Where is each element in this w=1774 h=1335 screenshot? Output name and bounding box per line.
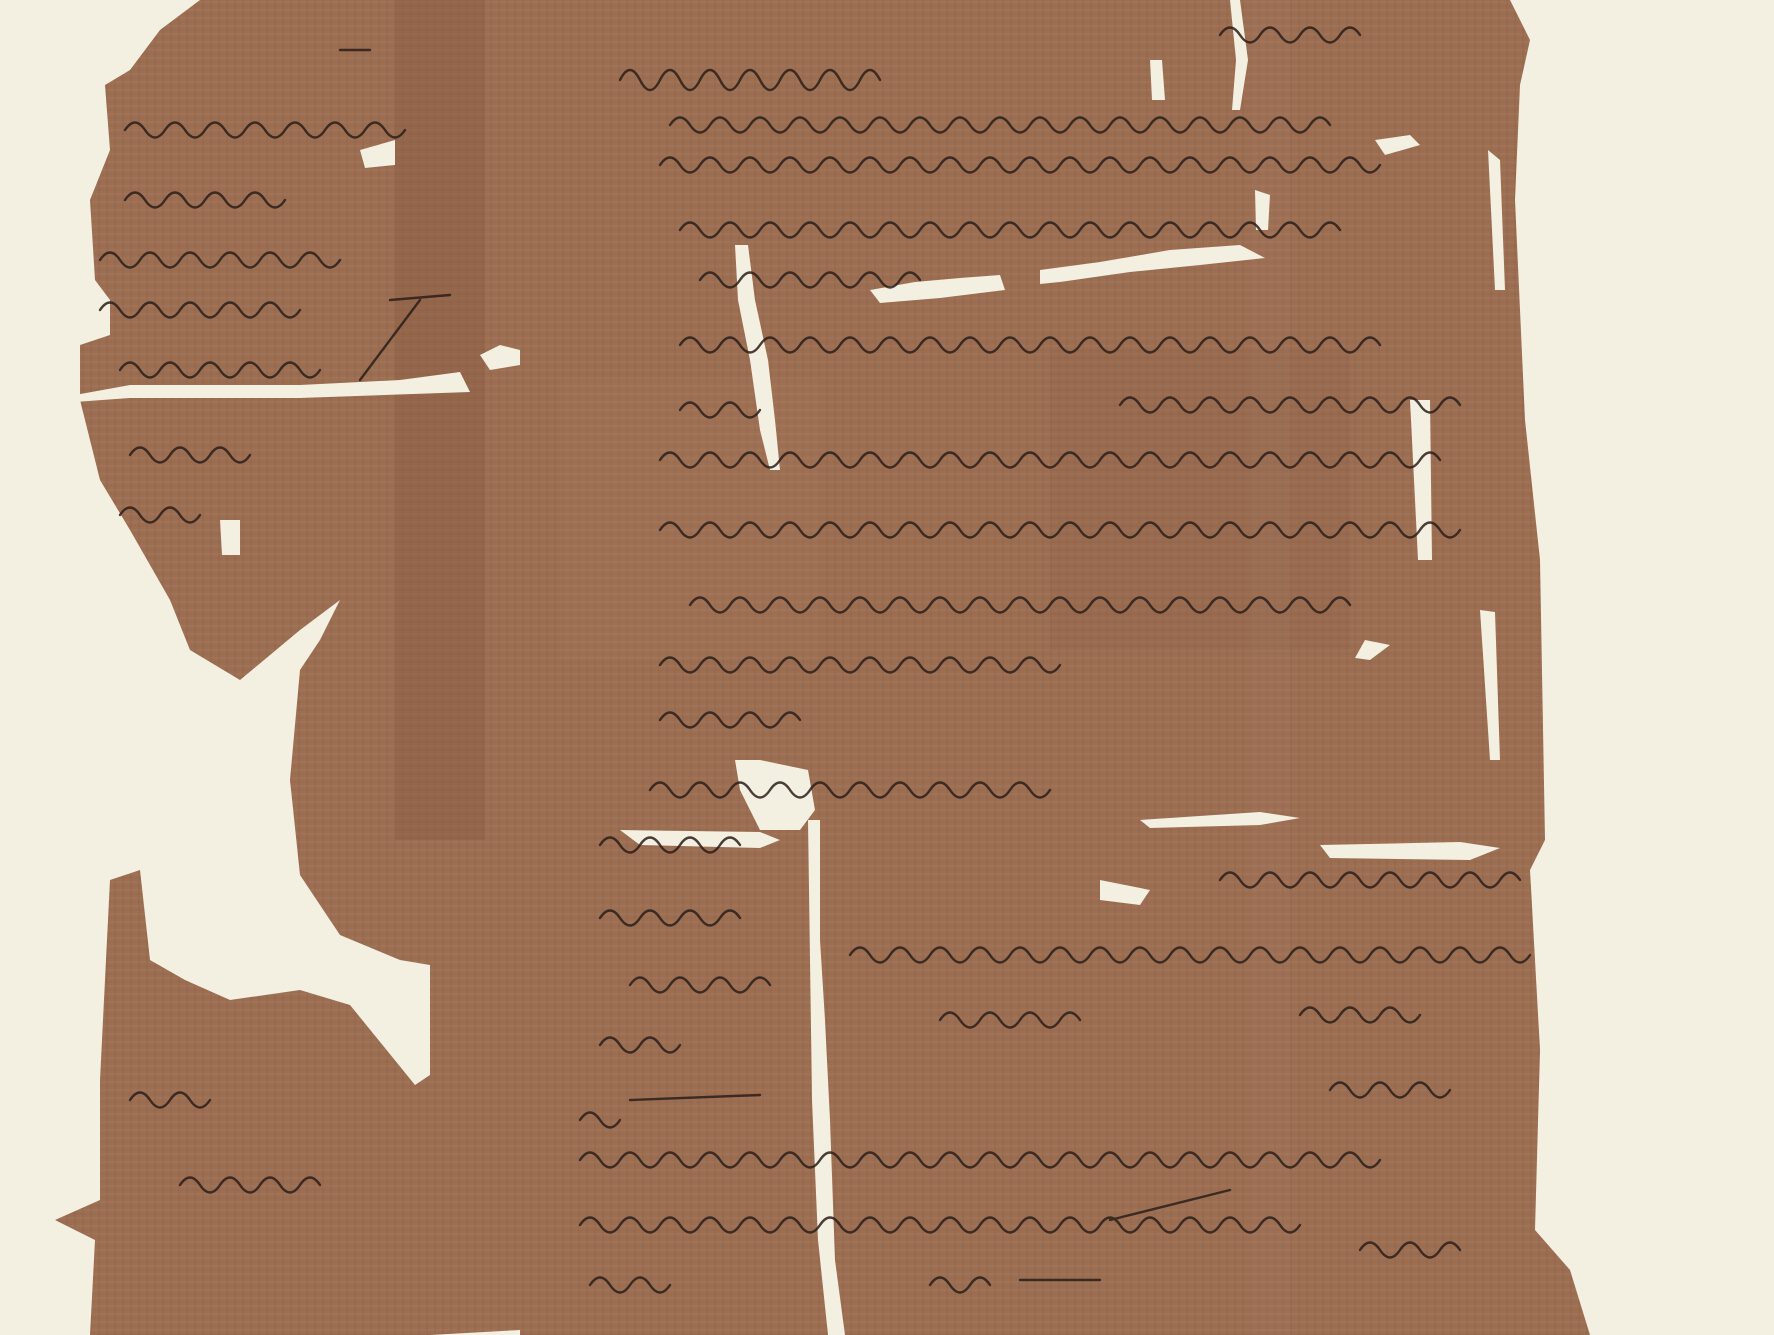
papyrus-illustration bbox=[0, 0, 1774, 1335]
papyrus-photograph bbox=[0, 0, 1774, 1335]
